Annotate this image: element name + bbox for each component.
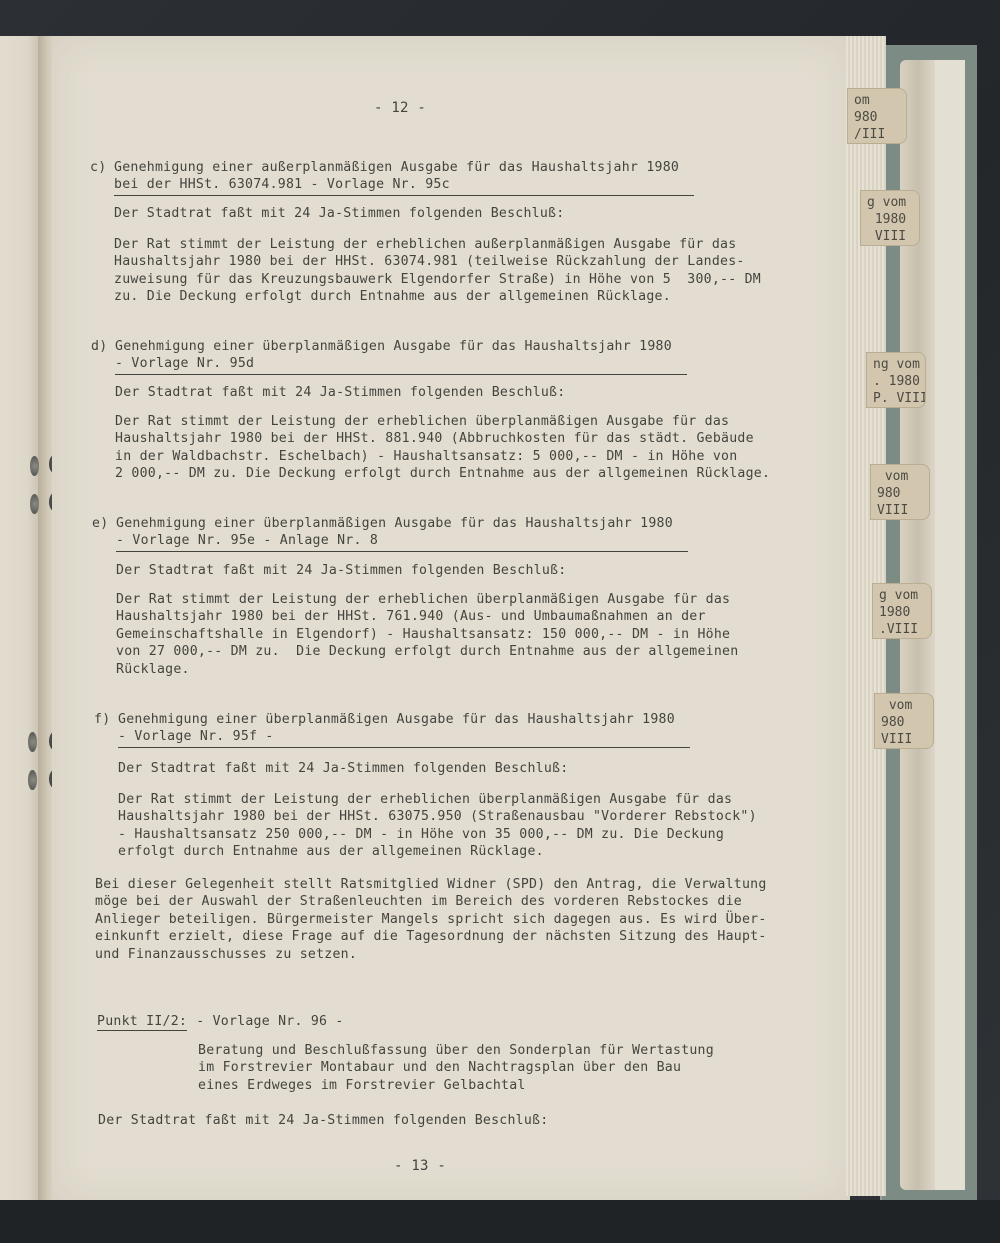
agenda-item-description: eines Erdweges im Forstrevier Gelbachtal [198, 1077, 526, 1094]
section-label: f) [94, 711, 110, 728]
index-tab-label: om [854, 92, 906, 109]
note-text-line: Bei dieser Gelegenheit stellt Ratsmitgli… [95, 876, 767, 893]
section-title-line: - Vorlage Nr. 95f - [118, 728, 274, 745]
index-tab-label: vom [881, 697, 933, 714]
section-title-line: Genehmigung einer überplanmäßigen Ausgab… [116, 515, 673, 532]
index-tab-label: 1980 [867, 211, 919, 228]
note-text-line: einkunft erzielt, diese Frage auf die Ta… [95, 928, 767, 945]
folded-insert-edge [935, 60, 965, 1190]
vote-result: Der Stadtrat faßt mit 24 Ja-Stimmen folg… [115, 384, 565, 401]
index-tab[interactable]: ng vom. 1980P. VIII [866, 352, 926, 408]
index-tab[interactable]: g vom 1980 VIII [860, 190, 920, 246]
resolution-text-line: - Haushaltsansatz 250 000,-- DM - in Höh… [118, 826, 724, 843]
section-title-line: - Vorlage Nr. 95d [115, 355, 254, 372]
resolution-text-line: Gemeinschaftshalle in Elgendorf) - Haush… [116, 626, 730, 643]
heading-underline [114, 195, 694, 196]
heading-underline [116, 551, 688, 552]
binder-hole [28, 732, 37, 752]
section-label: e) [92, 515, 108, 532]
resolution-text-line: Der Rat stimmt der Leistung der erheblic… [114, 236, 736, 253]
index-tab-label: 980 [877, 485, 929, 502]
section-label: d) [91, 338, 107, 355]
heading-underline [118, 747, 690, 748]
index-tab[interactable]: vom980VIII [874, 693, 934, 749]
section-title-line: Genehmigung einer außerplanmäßigen Ausga… [114, 159, 679, 176]
resolution-text-line: Haushaltsjahr 1980 bei der HHSt. 761.940… [116, 608, 706, 625]
vote-result: Der Stadtrat faßt mit 24 Ja-Stimmen folg… [98, 1112, 548, 1129]
index-tab-label: 980 [881, 714, 933, 731]
resolution-text-line: Der Rat stimmt der Leistung der erheblic… [118, 791, 732, 808]
section-title-line: - Vorlage Nr. 95e - Anlage Nr. 8 [116, 532, 378, 549]
index-tab[interactable]: om980/III [847, 88, 907, 144]
index-tab-label: VIII [881, 731, 933, 748]
resolution-text-line: Haushaltsjahr 1980 bei der HHSt. 881.940… [115, 430, 754, 447]
note-text-line: und Finanzausschusses zu setzen. [95, 946, 357, 963]
left-facing-page [0, 36, 40, 1206]
resolution-text-line: zu. Die Deckung erfolgt durch Entnahme a… [114, 288, 671, 305]
page-number-footer: - 13 - [394, 1158, 446, 1175]
index-tab[interactable]: g vom1980.VIII [872, 583, 932, 639]
index-tab-label: vom [877, 468, 929, 485]
vote-result: Der Stadtrat faßt mit 24 Ja-Stimmen folg… [114, 205, 564, 222]
resolution-text-line: 2 000,-- DM zu. Die Deckung erfolgt durc… [115, 465, 770, 482]
index-tab-label: /III [854, 126, 906, 143]
resolution-text-line: erfolgt durch Entnahme aus der allgemein… [118, 843, 544, 860]
note-text-line: möge bei der Auswahl der Straßenleuchten… [95, 893, 742, 910]
resolution-text-line: Haushaltsjahr 1980 bei der HHSt. 63075.9… [118, 808, 757, 825]
agenda-item-vorlage: - Vorlage Nr. 96 - [188, 1013, 344, 1030]
resolution-text-line: zuweisung für das Kreuzungsbauwerk Elgen… [114, 271, 761, 288]
binder-hole [28, 770, 37, 790]
section-title-line: Genehmigung einer überplanmäßigen Ausgab… [118, 711, 675, 728]
resolution-text-line: Der Rat stimmt der Leistung der erheblic… [116, 591, 730, 608]
heading-underline [115, 374, 687, 375]
binder-hole [30, 494, 39, 514]
index-tab-label: VIII [867, 228, 919, 245]
resolution-text-line: von 27 000,-- DM zu. Die Deckung erfolgt… [116, 643, 738, 660]
index-tab-label: 980 [854, 109, 906, 126]
binder-hole [30, 456, 39, 476]
index-tab-label: g vom [879, 587, 931, 604]
resolution-text-line: Der Rat stimmt der Leistung der erheblic… [115, 413, 729, 430]
vote-result: Der Stadtrat faßt mit 24 Ja-Stimmen folg… [116, 562, 566, 579]
agenda-item-description: im Forstrevier Montabaur und den Nachtra… [198, 1059, 681, 1076]
section-title-line: Genehmigung einer überplanmäßigen Ausgab… [115, 338, 672, 355]
resolution-text-line: Rücklage. [116, 661, 190, 678]
index-tab-label: . 1980 [873, 373, 925, 390]
index-tab-label: .VIII [879, 621, 931, 638]
index-tab-label: ng vom [873, 356, 925, 373]
binder-bottom [0, 1200, 1000, 1243]
agenda-item-label: Punkt II/2: [97, 1013, 187, 1031]
resolution-text-line: Haushaltsjahr 1980 bei der HHSt. 63074.9… [114, 253, 745, 270]
resolution-text-line: in der Waldbachstr. Eschelbach) - Hausha… [115, 448, 737, 465]
index-tab-label: P. VIII [873, 390, 925, 407]
note-text-line: Anlieger beteiligen. Bürgermeister Mange… [95, 911, 767, 928]
vote-result: Der Stadtrat faßt mit 24 Ja-Stimmen folg… [118, 760, 568, 777]
agenda-item-description: Beratung und Beschlußfassung über den So… [198, 1042, 714, 1059]
page-number-header: - 12 - [374, 100, 426, 117]
index-tab-label: 1980 [879, 604, 931, 621]
index-tab-label: g vom [867, 194, 919, 211]
index-tab-label: VIII [877, 502, 929, 519]
section-title-line: bei der HHSt. 63074.981 - Vorlage Nr. 95… [114, 176, 450, 193]
index-tab[interactable]: vom980VIII [870, 464, 930, 520]
section-label: c) [90, 159, 106, 176]
